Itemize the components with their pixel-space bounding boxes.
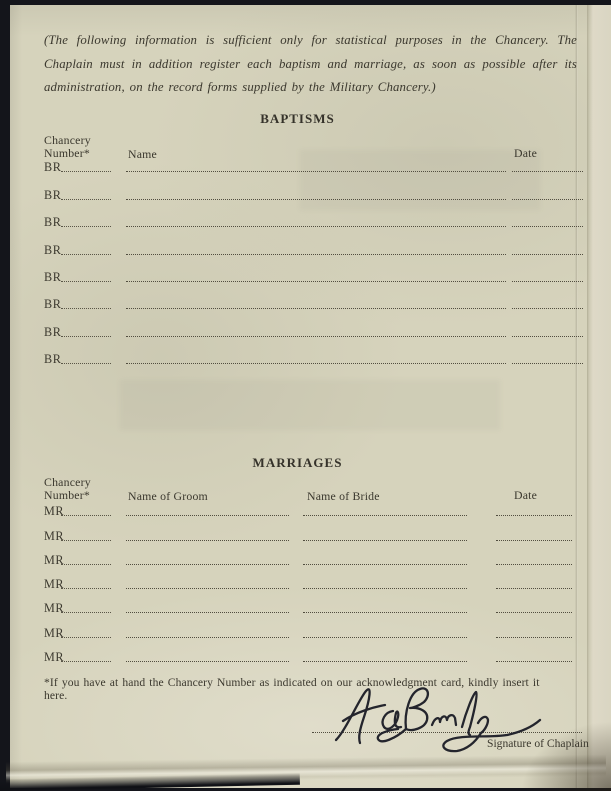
marriage-record-prefix: MR bbox=[44, 650, 64, 665]
baptism-chancery-number-field[interactable] bbox=[61, 363, 111, 364]
signature-caption: Signature of Chaplain bbox=[487, 737, 589, 750]
adjacent-page-edge bbox=[587, 5, 611, 788]
marriage-row: MR bbox=[0, 638, 611, 662]
ink-bleedthrough bbox=[120, 380, 500, 430]
baptism-row: BR bbox=[0, 337, 611, 364]
marriages-title: MARRIAGES bbox=[30, 455, 565, 471]
baptisms-title: BAPTISMS bbox=[30, 111, 565, 127]
baptism-row: BR bbox=[0, 145, 611, 172]
marriage-bride-name-field[interactable] bbox=[303, 661, 467, 662]
baptisms-rows: BR BR BR BR BR BR bbox=[0, 145, 611, 364]
scanned-form-sheet: (The following information is sufficient… bbox=[0, 0, 611, 791]
baptism-record-prefix: BR bbox=[44, 352, 61, 367]
marriage-row: MR bbox=[0, 492, 611, 516]
marriage-chancery-number-field[interactable] bbox=[61, 661, 111, 662]
baptism-row: BR bbox=[0, 200, 611, 227]
baptism-row: BR bbox=[0, 227, 611, 254]
marriage-row: MR bbox=[0, 613, 611, 637]
marriage-row: MR bbox=[0, 565, 611, 589]
baptism-row: BR bbox=[0, 172, 611, 199]
marriage-row: MR bbox=[0, 516, 611, 540]
chancery-header-line1: Chancery bbox=[44, 476, 91, 489]
marriages-rows: MR MR MR MR MR bbox=[0, 492, 611, 662]
baptism-row: BR bbox=[0, 255, 611, 282]
vertical-fold-crease bbox=[575, 5, 578, 788]
marriage-date-field[interactable] bbox=[496, 661, 572, 662]
marriage-groom-name-field[interactable] bbox=[126, 661, 289, 662]
baptism-name-field[interactable] bbox=[126, 363, 506, 364]
marriage-row: MR bbox=[0, 541, 611, 565]
intro-note: (The following information is sufficient… bbox=[44, 29, 577, 100]
baptism-date-field[interactable] bbox=[512, 363, 583, 364]
baptism-row: BR bbox=[0, 282, 611, 309]
baptism-row: BR bbox=[0, 309, 611, 336]
marriage-row: MR bbox=[0, 589, 611, 613]
